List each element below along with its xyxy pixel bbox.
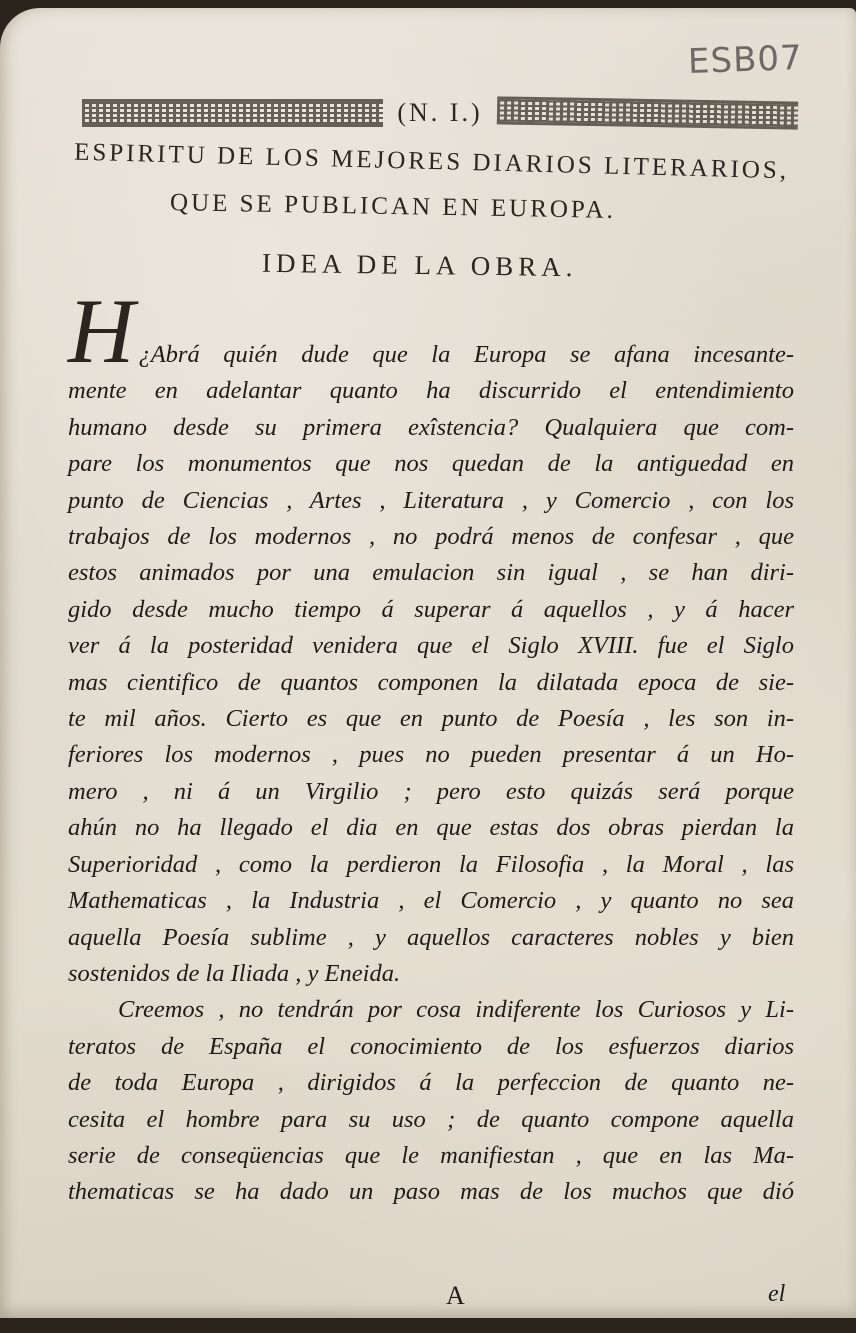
text-line: ahún no ha llegado el dia en que estas d…	[68, 810, 794, 846]
signature-mark: A	[446, 1281, 465, 1311]
text-line: mas cientifico de quantos componen la di…	[68, 665, 794, 701]
title-line-1: Espiritu de los mejores Diarios Literari…	[74, 139, 790, 186]
text-line: ver á la posteridad venidera que el Sigl…	[68, 628, 794, 664]
text-line: mero , ni á un Virgilio ; pero esto quiz…	[68, 774, 794, 810]
drop-cap: H	[68, 291, 134, 371]
floral-ornament-icon	[82, 99, 383, 127]
body-text: H ¿Abrá quién dude que la Europa se afan…	[68, 293, 794, 1211]
text-line: estos animados por una emulacion sin igu…	[68, 555, 794, 591]
section-heading: Idea de la Obra.	[262, 248, 578, 283]
text-line: te mil años. Cierto es que en punto de P…	[68, 701, 794, 737]
text-line: Mathematicas , la Industria , el Comerci…	[68, 883, 794, 919]
text-line: serie de conseqüencias que le manifiesta…	[68, 1138, 794, 1174]
handwritten-shelfmark: ESB07	[687, 38, 803, 82]
text-line: Superioridad , como la perdieron la Filo…	[68, 847, 794, 883]
text-line: pare los monumentos que nos quedan de la…	[68, 446, 794, 482]
catchword: el	[768, 1281, 785, 1308]
title-line-2: que se publican en Europa.	[170, 189, 616, 225]
text-line: teratos de España el conocimiento de los…	[68, 1029, 794, 1065]
issue-number: (N. I.)	[383, 98, 496, 128]
text-line: cesita el hombre para su uso ; de quanto…	[68, 1102, 794, 1138]
text-line: thematicas se ha dado un paso mas de los…	[68, 1174, 794, 1210]
text-line: mente en adelantar quanto ha discurrido …	[68, 373, 794, 409]
floral-ornament-icon	[496, 96, 798, 129]
text-line: humano desde su primera exîstencia? Qual…	[68, 410, 794, 446]
text-line: ¿Abrá quién dude que la Europa se afana …	[68, 293, 794, 373]
document-page: ESB07 (N. I.) Espiritu de los mejores Di…	[0, 8, 856, 1318]
text-line: feriores los modernos , pues no pueden p…	[68, 737, 794, 773]
header-ornament-band: (N. I.)	[82, 96, 798, 130]
paragraph-2: Creemos , no tendrán por cosa indiferent…	[68, 992, 794, 1210]
text-line: gido desde mucho tiempo á superar á aque…	[68, 592, 794, 628]
paragraph-1: H ¿Abrá quién dude que la Europa se afan…	[68, 293, 794, 992]
text-line: sostenidos de la Iliada , y Eneida.	[68, 956, 794, 992]
text-line: punto de Ciencias , Artes , Literatura ,…	[68, 483, 794, 519]
text-line: Creemos , no tendrán por cosa indiferent…	[68, 992, 794, 1028]
text-line: trabajos de los modernos , no podrá meno…	[68, 519, 794, 555]
text-line: aquella Poesía sublime , y aquellos cara…	[68, 920, 794, 956]
text-line: de toda Europa , dirigidos á la perfecci…	[68, 1065, 794, 1101]
